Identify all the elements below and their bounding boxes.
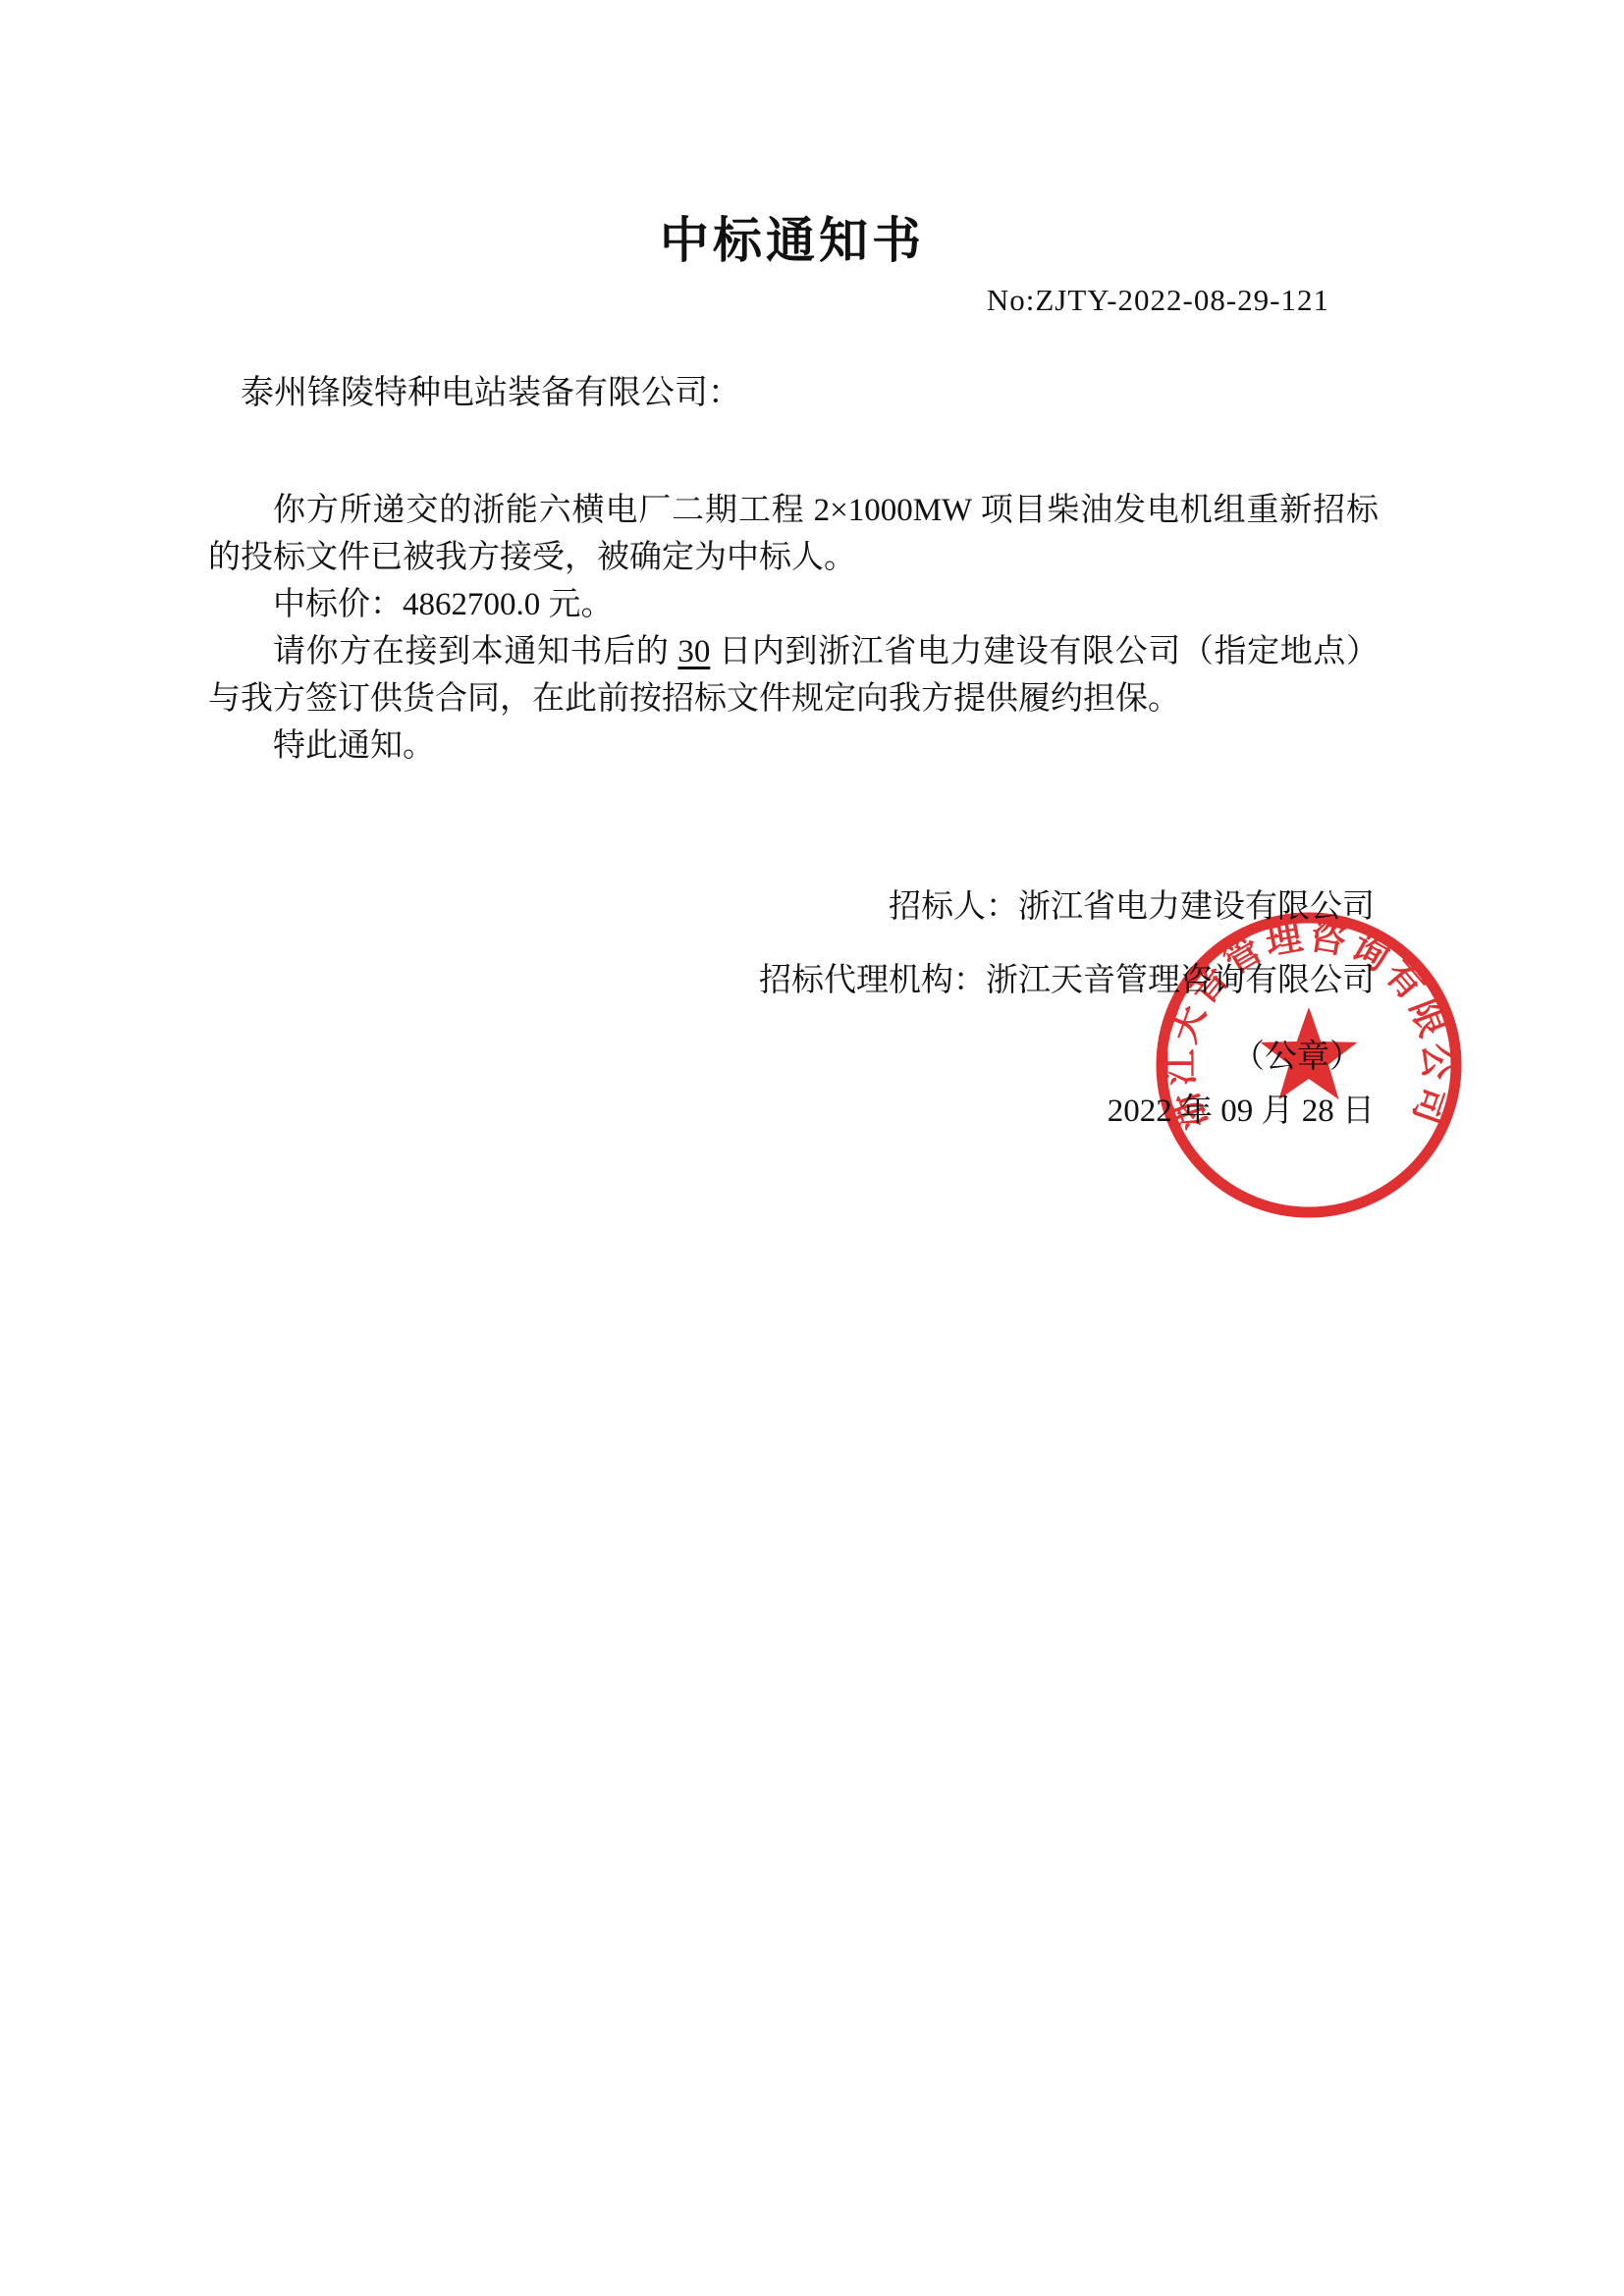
recipient-line: 泰州锋陵特种电站装备有限公司： — [241, 365, 741, 413]
page-title: 中标通知书 — [208, 201, 1377, 272]
tenderer-line: 招标人：浙江省电力建设有限公司 — [889, 881, 1375, 927]
agency-line: 招标代理机构：浙江天音管理咨询有限公司 — [759, 954, 1375, 1000]
deadline-days-underlined: 30 — [677, 634, 710, 669]
document-body: 你方所递交的浙能六横电厂二期工程 2×1000MW 项目柴油发电机组重新招标的投… — [208, 487, 1379, 770]
doc-number: No:ZJTY-2022-08-29-121 — [987, 283, 1329, 318]
seal-note: （公章） — [1232, 1031, 1362, 1077]
paragraph-award-statement: 你方所递交的浙能六横电厂二期工程 2×1000MW 项目柴油发电机组重新招标的投… — [208, 487, 1379, 581]
paragraph-bid-price: 中标价：4862700.0 元。 — [208, 581, 1379, 628]
paragraph-deadline: 请你方在接到本通知书后的 30 日内到浙江省电力建设有限公司（指定地点）与我方签… — [208, 628, 1379, 722]
deadline-text-before: 请你方在接到本通知书后的 — [273, 634, 677, 669]
document-page: 中标通知书 No:ZJTY-2022-08-29-121 泰州锋陵特种电站装备有… — [0, 0, 1624, 2296]
date-line: 2022 年 09 月 28 日 — [1108, 1085, 1375, 1131]
paragraph-hereby-notice: 特此通知。 — [208, 722, 1379, 770]
